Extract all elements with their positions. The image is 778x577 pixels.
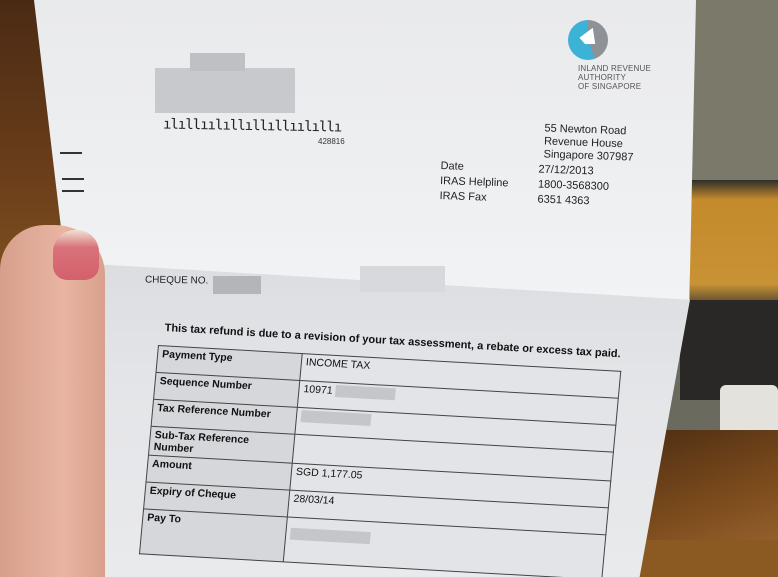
refund-details-table: Payment Type INCOME TAX Sequence Number … [139, 345, 621, 577]
reference-code: 428816 [318, 137, 345, 146]
background-wall [690, 0, 778, 190]
redacted-value [300, 410, 371, 426]
contact-info: Date 27/12/2013 IRAS Helpline 1800-35683… [439, 159, 609, 210]
redacted-value [335, 385, 396, 400]
redacted-cheque-number [213, 276, 261, 294]
organization-name: INLAND REVENUE AUTHORITY OF SINGAPORE [578, 64, 651, 91]
iras-address: 55 Newton Road Revenue House Singapore 3… [543, 122, 634, 164]
redacted-value [290, 528, 371, 544]
redacted-recipient-name [155, 68, 295, 113]
thumb-nail [53, 230, 99, 280]
postal-barcode: ılıllıılıllıllıllıılıllı [163, 116, 342, 135]
redacted-recipient-line [190, 53, 245, 71]
redacted-cheque-extra [360, 266, 445, 292]
iras-logo-icon [568, 20, 608, 60]
cheque-number-label: CHEQUE NO. [145, 274, 209, 286]
background-chair [690, 180, 778, 310]
